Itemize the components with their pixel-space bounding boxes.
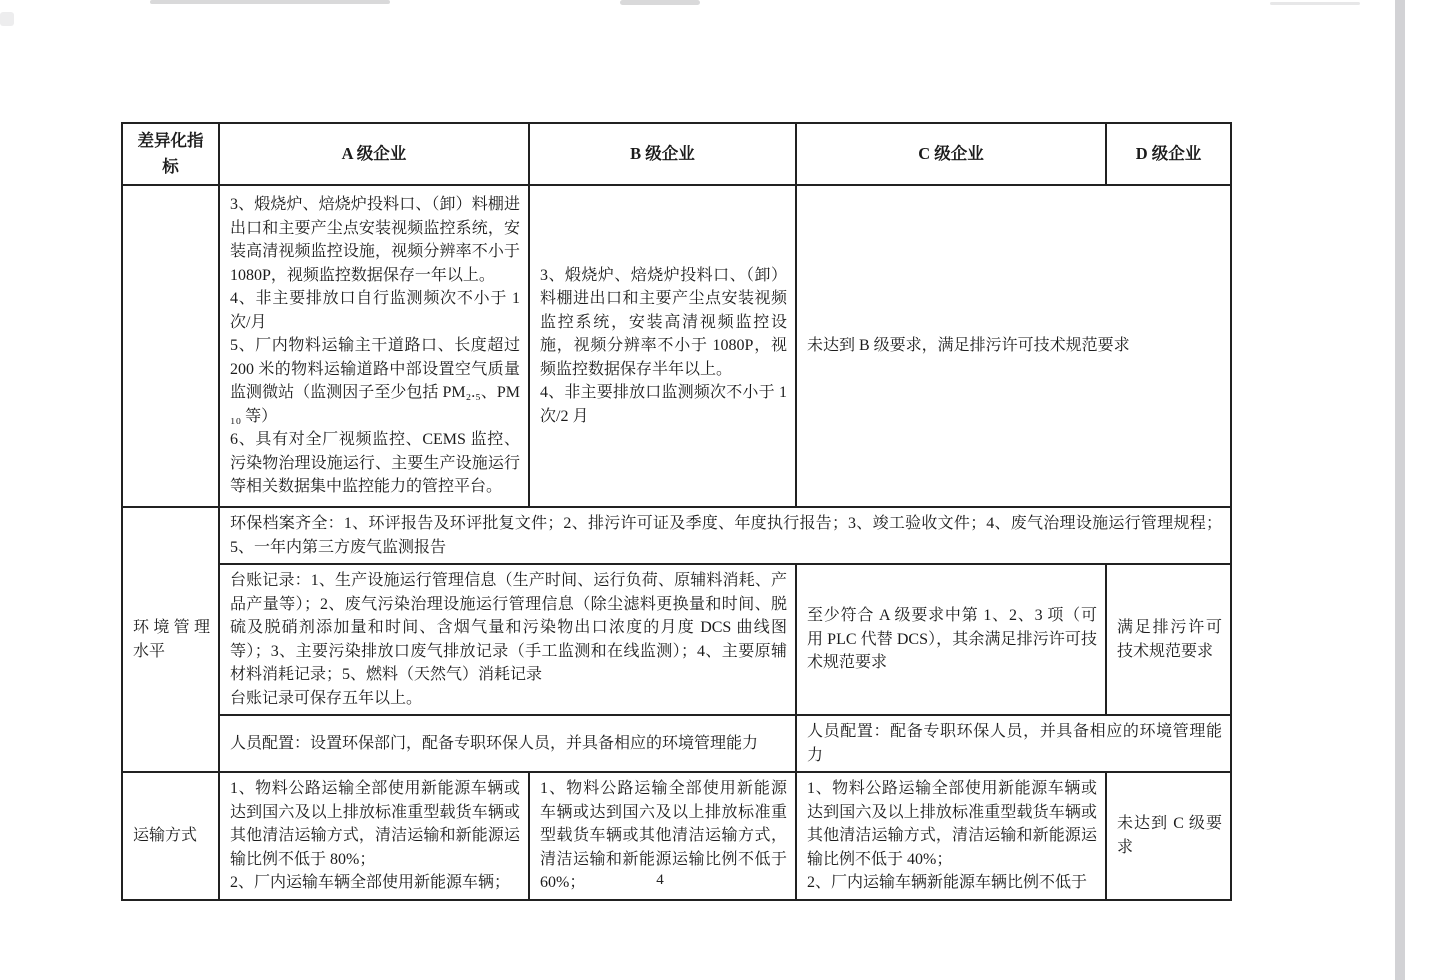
section-label-transport-mode: 运输方式: [122, 772, 219, 900]
cell-ledger-grade-c: 至少符合 A 级要求中第 1、2、3 项（可用 PLC 代替 DCS），其余满足…: [796, 564, 1106, 715]
cell-staffing-grade-cd: 人员配置：配备专职环保人员，并具备相应的环境管理能力: [796, 715, 1231, 772]
row-staffing: 人员配置：设置环保部门，配备专职环保人员，并具备相应的环境管理能力 人员配置：配…: [122, 715, 1231, 772]
header-grade-b: B 级企业: [529, 123, 796, 185]
cell-monitoring-grade-cd: 未达到 B 级要求，满足排污许可技术规范要求: [796, 185, 1231, 507]
header-grade-c: C 级企业: [796, 123, 1106, 185]
scan-artifact: [150, 0, 390, 4]
page-number: 4: [640, 872, 680, 889]
row-monitoring: 3、煅烧炉、焙烧炉投料口、（卸）料棚进出口和主要产尘点安装视频监控系统，安装高清…: [122, 185, 1231, 507]
scan-artifact: [1270, 2, 1360, 5]
cell-transport-grade-c: 1、物料公路运输全部使用新能源车辆或达到国六及以上排放标准重型载货车辆或其他清洁…: [796, 772, 1106, 900]
table-header-row: 差异化指标 A 级企业 B 级企业 C 级企业 D 级企业: [122, 123, 1231, 185]
cell-staffing-grade-ab: 人员配置：设置环保部门，配备专职环保人员，并具备相应的环境管理能力: [219, 715, 796, 772]
scan-artifact: [0, 12, 14, 26]
header-grade-a: A 级企业: [219, 123, 529, 185]
grading-criteria-table: 差异化指标 A 级企业 B 级企业 C 级企业 D 级企业 3、煅烧炉、焙烧炉投…: [121, 122, 1232, 901]
header-grade-d: D 级企业: [1106, 123, 1231, 185]
cell-transport-grade-a: 1、物料公路运输全部使用新能源车辆或达到国六及以上排放标准重型载货车辆或其他清洁…: [219, 772, 529, 900]
row-ledger: 台账记录：1、生产设施运行管理信息（生产时间、运行负荷、原辅料消耗、产品产量等）…: [122, 564, 1231, 715]
cell-ledger-grade-ab: 台账记录：1、生产设施运行管理信息（生产时间、运行负荷、原辅料消耗、产品产量等）…: [219, 564, 796, 715]
row-monitoring-label-empty: [122, 185, 219, 507]
row-archives: 环境管理水平 环保档案齐全：1、环评报告及环评批复文件；2、排污许可证及季度、年…: [122, 507, 1231, 564]
cell-archives-all-grades: 环保档案齐全：1、环评报告及环评批复文件；2、排污许可证及季度、年度执行报告；3…: [219, 507, 1231, 564]
page-edge-strip: [1395, 0, 1405, 980]
scanned-document-page: 差异化指标 A 级企业 B 级企业 C 级企业 D 级企业 3、煅烧炉、焙烧炉投…: [0, 0, 1436, 980]
cell-ledger-grade-d: 满足排污许可技术规范要求: [1106, 564, 1231, 715]
cell-monitoring-grade-b: 3、煅烧炉、焙烧炉投料口、（卸）料棚进出口和主要产尘点安装视频监控系统，安装高清…: [529, 185, 796, 507]
section-label-environment-management: 环境管理水平: [122, 507, 219, 772]
cell-monitoring-grade-a: 3、煅烧炉、焙烧炉投料口、（卸）料棚进出口和主要产尘点安装视频监控系统，安装高清…: [219, 185, 529, 507]
cell-transport-grade-d: 未达到 C 级要求: [1106, 772, 1231, 900]
header-indicator: 差异化指标: [122, 123, 219, 185]
scan-artifact: [620, 0, 700, 5]
